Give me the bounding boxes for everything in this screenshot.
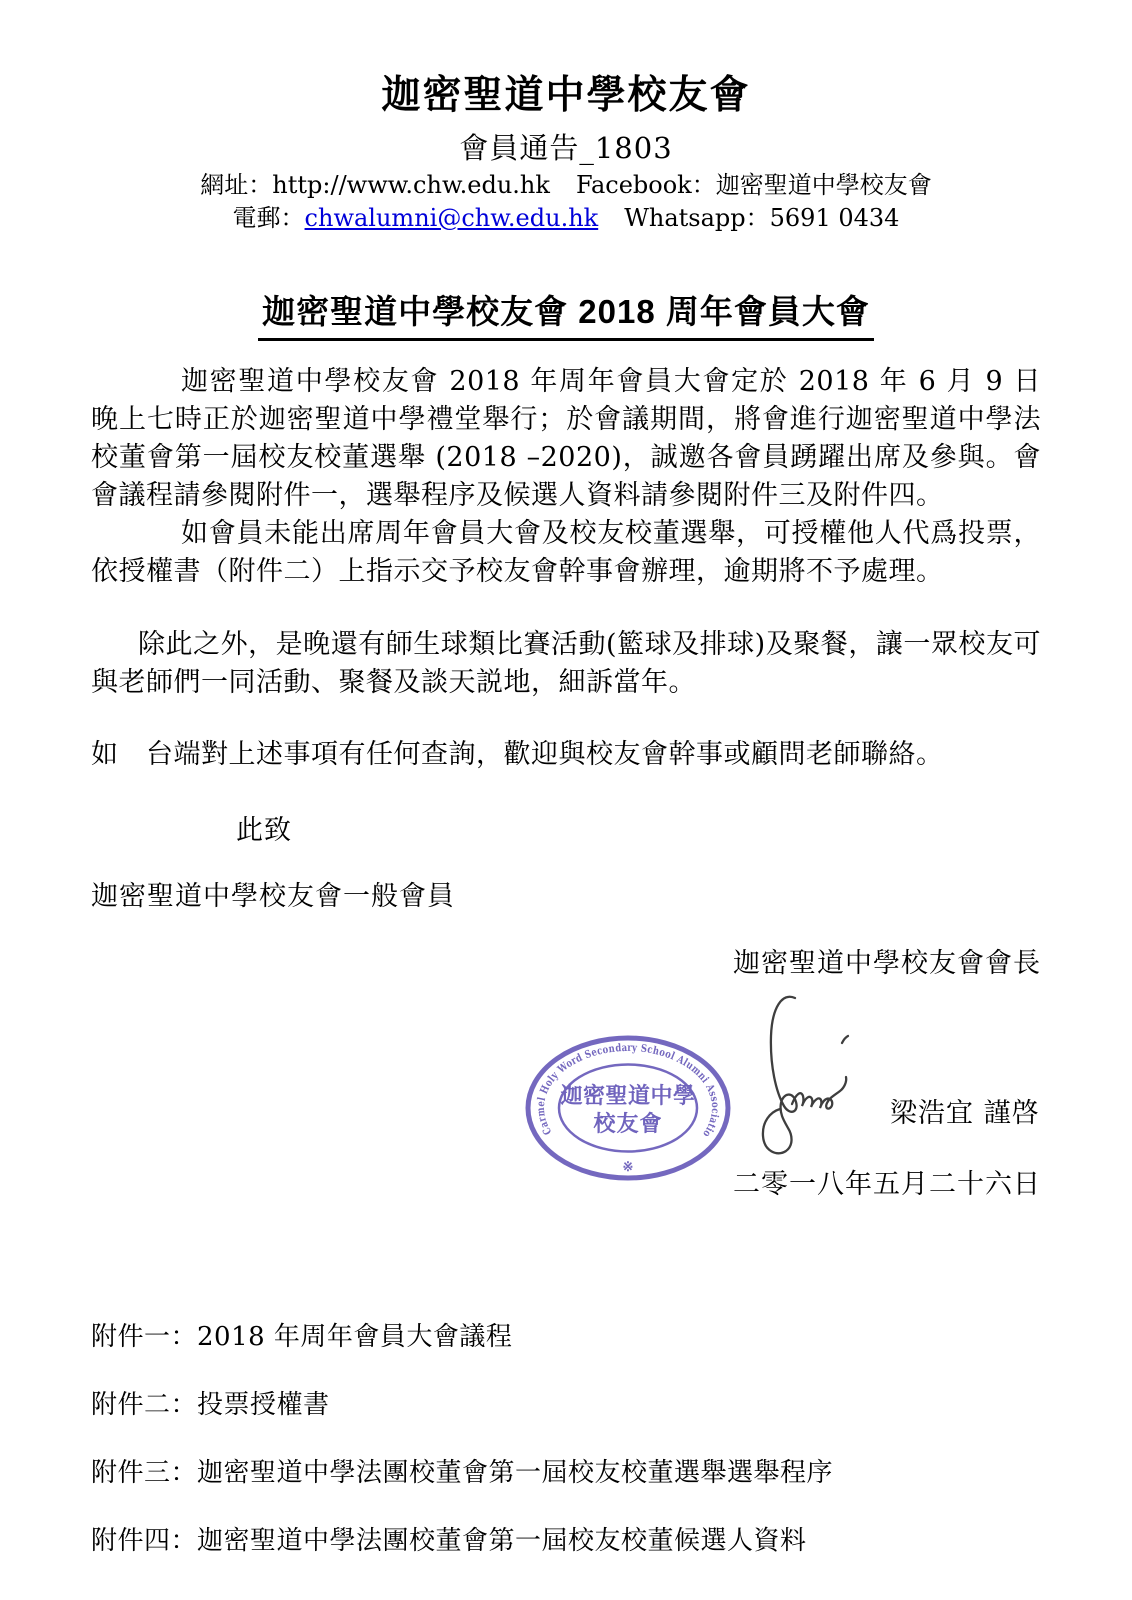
stamp-seal-graphic: Carmel Holy Word Secondary School Alumni… — [520, 1031, 736, 1185]
whatsapp-number: 5691 0434 — [770, 204, 900, 232]
signature-main-stroke — [763, 997, 797, 1154]
letter-date: 二零一八年五月二十六日 — [733, 1162, 1041, 1201]
signature-graphic — [750, 988, 885, 1160]
stamp-asterisk-symbol: ※ — [623, 1160, 634, 1175]
paragraph-line: 迦密聖道中學校友會 2018 年周年會員大會定於 2018 年 6 月 9 日(… — [91, 363, 1041, 401]
attachment-item-3: 附件三：迦密聖道中學法團校董會第一屆校友校董選舉選舉程序 — [91, 1460, 833, 1487]
stamp-center-line2: 校友會 — [592, 1111, 662, 1137]
stamp-center-line1: 迦密聖道中學 — [560, 1083, 695, 1109]
paragraph-line: 晚上七時正於迦密聖道中學禮堂舉行；於會議期間，將會進行迦密聖道中學法團 — [91, 401, 1041, 439]
paragraph-line: 如 台端對上述事項有任何查詢，歡迎與校友會幹事或顧問老師聯絡。 — [91, 736, 1041, 774]
notice-number: 會員通告_1803 — [0, 126, 1132, 167]
paragraph-4: 如 台端對上述事項有任何查詢，歡迎與校友會幹事或顧問老師聯絡。 — [91, 736, 1041, 774]
email-link[interactable]: chwalumni@chw.edu.hk — [305, 204, 599, 232]
attachments-list: 附件一：2018 年周年會員大會議程 附件二：投票授權書 附件三：迦密聖道中學法… — [91, 1324, 833, 1596]
president-title-line: 迦密聖道中學校友會會長 — [91, 941, 1041, 980]
paragraph-line: 與老師們一同活動、聚餐及談天説地，細訴當年。 — [91, 664, 1041, 702]
signer-name: 梁浩宜 謹啓 — [890, 1091, 1040, 1130]
paragraph-line: 除此之外，是晚還有師生球類比賽活動(籃球及排球)及聚餐，讓一眾校友可以 — [91, 626, 1041, 664]
paragraph-line: 依授權書（附件二）上指示交予校友會幹事會辦理，逾期將不予處理。 — [91, 553, 1041, 591]
website-url: http://www.chw.edu.hk — [272, 171, 550, 199]
whatsapp-label: Whatsapp： — [624, 204, 769, 232]
website-label: 網址： — [200, 171, 272, 199]
closing-salute: 此致 — [236, 808, 292, 847]
signature-tail-stroke — [792, 1077, 846, 1109]
paragraph-2: 如會員未能出席周年會員大會及校友校董選舉，可授權他人代爲投票，並 依授權書（附件… — [91, 515, 1041, 591]
signature-accent-stroke — [842, 1036, 848, 1043]
facebook-label: Facebook： — [576, 171, 716, 199]
closing-recipient: 迦密聖道中學校友會一般會員 — [91, 874, 455, 913]
attachment-item-2: 附件二：投票授權書 — [91, 1392, 833, 1419]
association-stamp: Carmel Holy Word Secondary School Alumni… — [520, 1031, 736, 1185]
handwritten-signature — [750, 988, 885, 1160]
document-heading: 迦密聖道中學校友會 2018 周年會員大會 — [0, 286, 1132, 341]
paragraph-line: 校董會第一屆校友校董選舉 (2018 –2020)，誠邀各會員踴躍出席及參與。會… — [91, 439, 1041, 477]
facebook-name: 迦密聖道中學校友會 — [716, 171, 932, 199]
paragraph-1: 迦密聖道中學校友會 2018 年周年會員大會定於 2018 年 6 月 9 日(… — [91, 363, 1041, 515]
paragraph-line: 會議程請參閱附件一，選舉程序及候選人資料請參閱附件三及附件四。 — [91, 477, 1041, 515]
attachment-item-1: 附件一：2018 年周年會員大會議程 — [91, 1324, 833, 1351]
paragraph-3: 除此之外，是晚還有師生球類比賽活動(籃球及排球)及聚餐，讓一眾校友可以 與老師們… — [91, 626, 1041, 702]
contact-line-web: 網址：http://www.chw.edu.hkFacebook：迦密聖道中學校… — [0, 165, 1132, 200]
paragraph-line: 如會員未能出席周年會員大會及校友校董選舉，可授權他人代爲投票，並 — [91, 515, 1041, 553]
contact-line-email: 電郵：chwalumni@chw.edu.hkWhatsapp：5691 043… — [0, 198, 1132, 233]
page-title: 迦密聖道中學校友會 — [0, 64, 1132, 120]
email-label: 電郵： — [233, 204, 305, 232]
document-page: 迦密聖道中學校友會 會員通告_1803 網址：http://www.chw.ed… — [0, 0, 1132, 1600]
attachment-item-4: 附件四：迦密聖道中學法團校董會第一屆校友校董候選人資料 — [91, 1528, 833, 1555]
